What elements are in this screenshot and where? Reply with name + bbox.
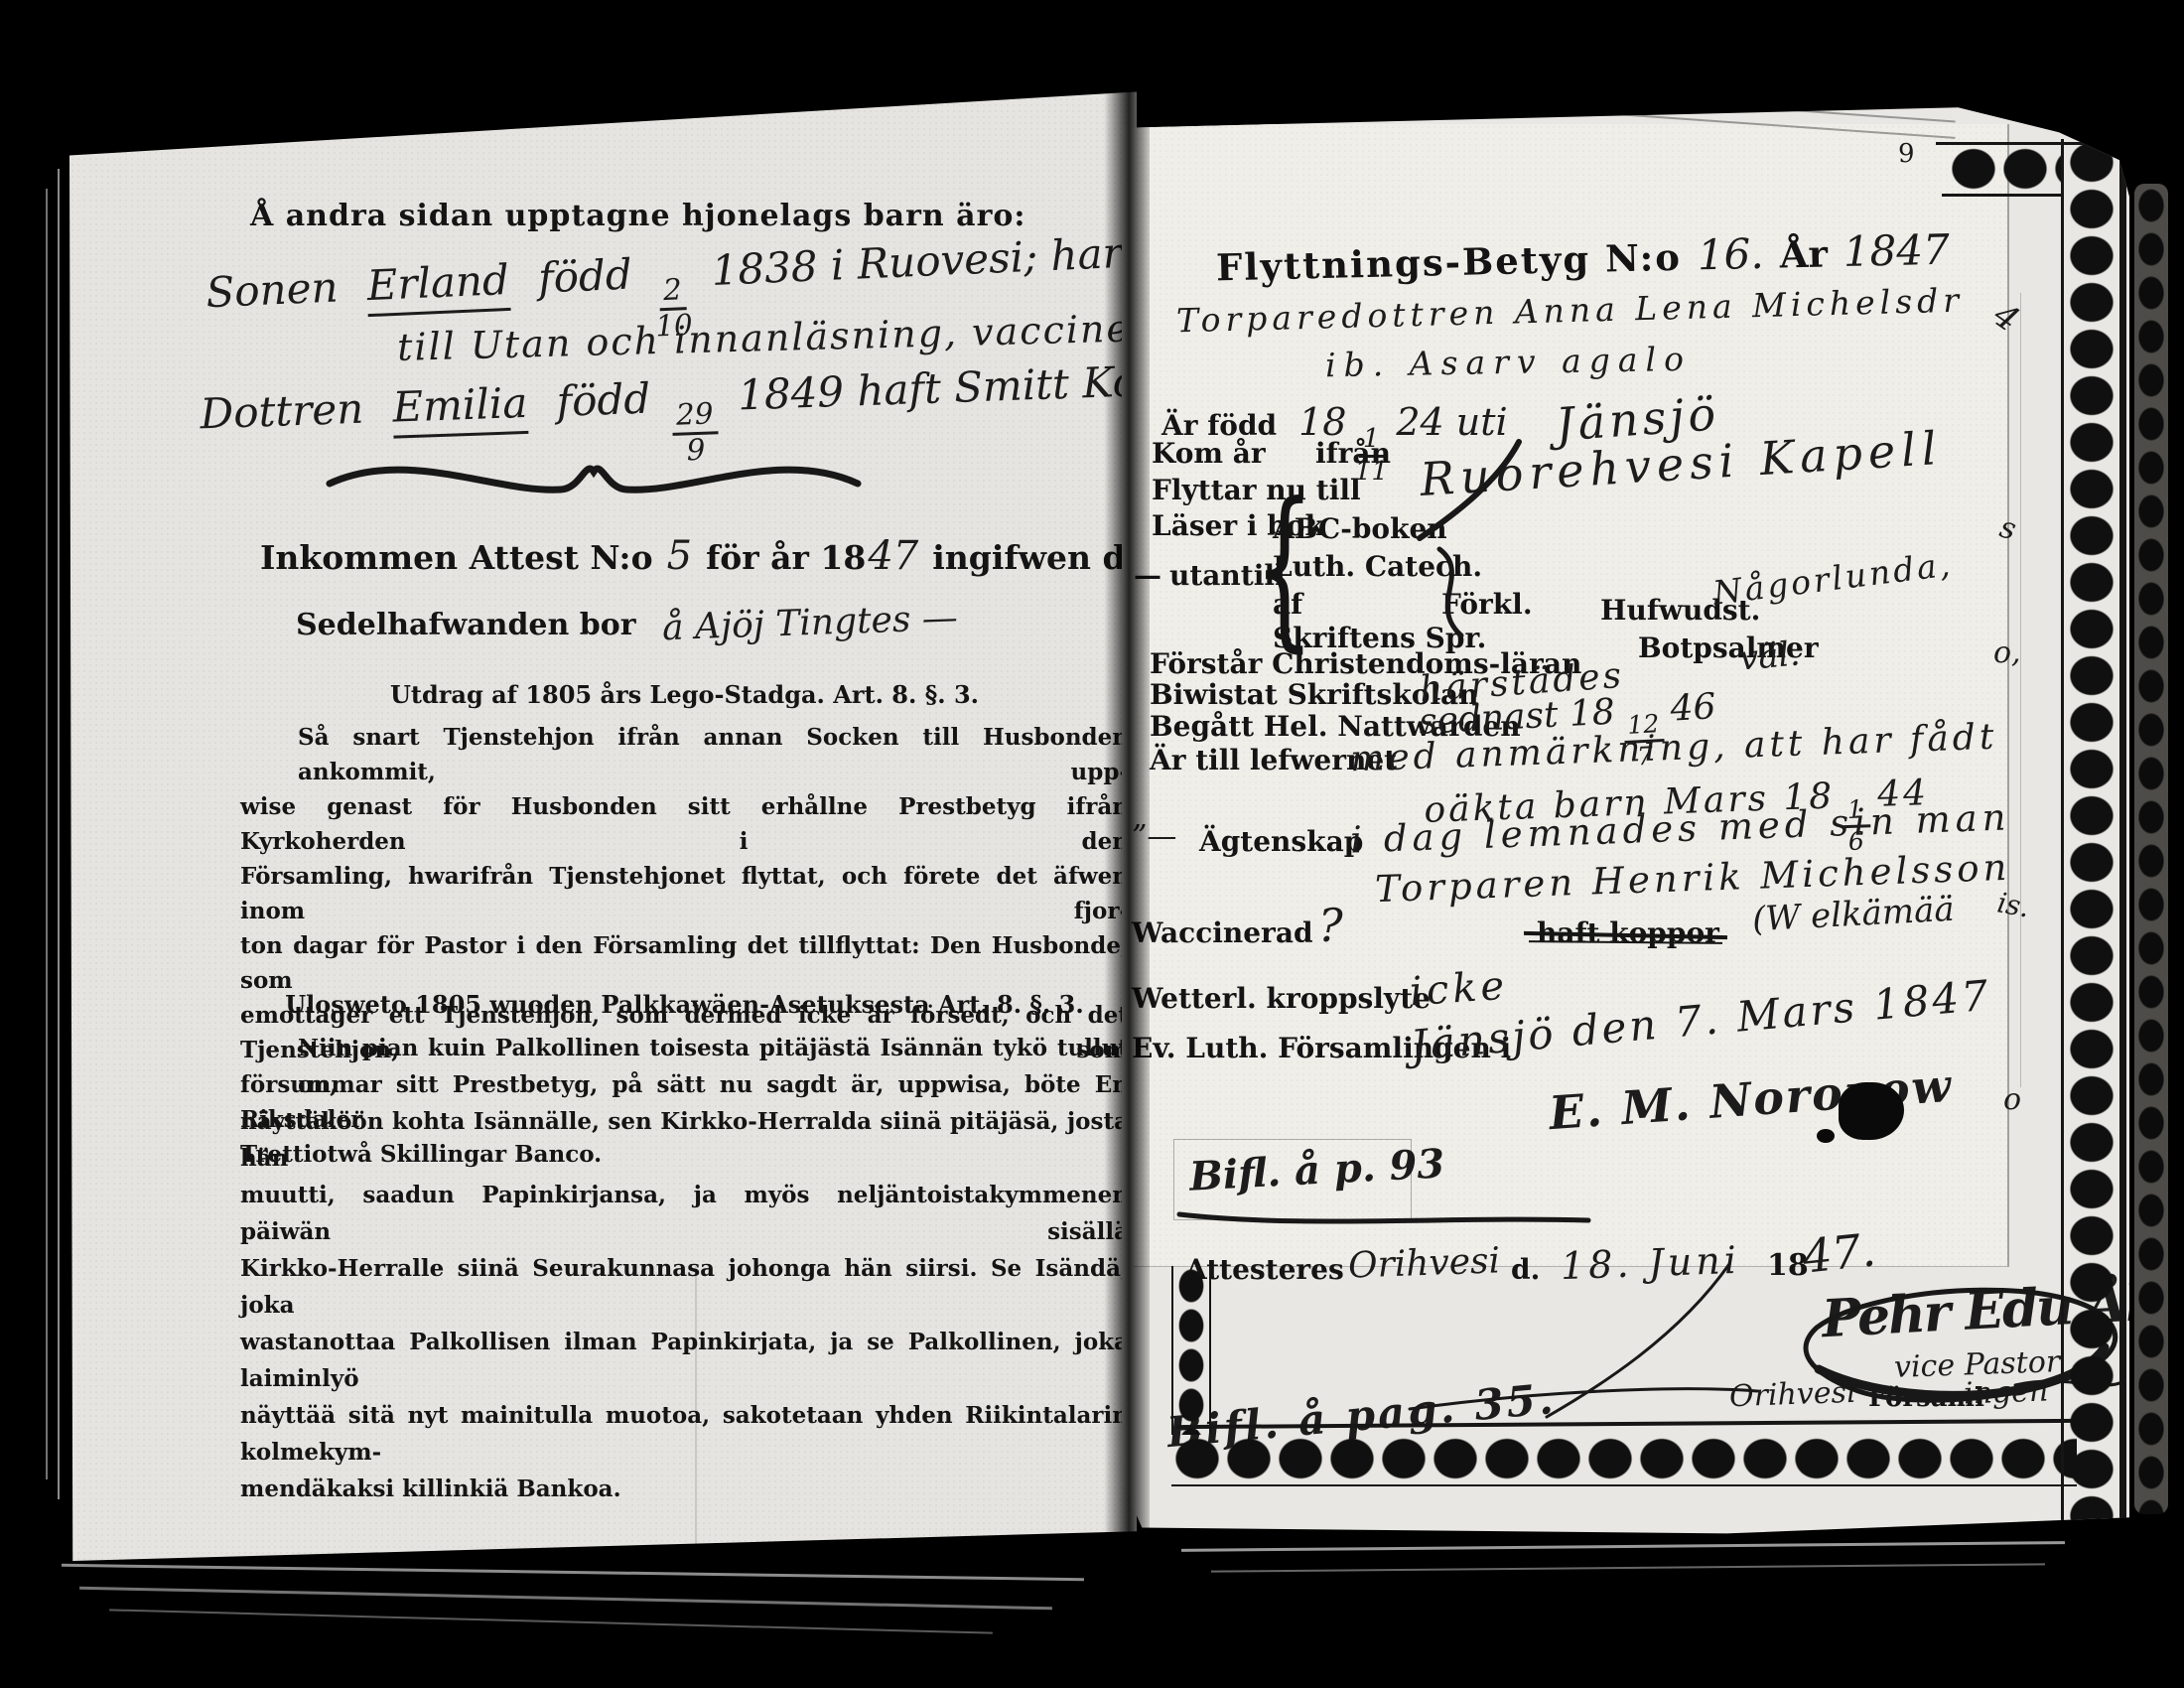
son-prefix: Sonen [205, 262, 339, 317]
finnish-statute-header: Ulosweto 1805 wuoden Palkkawäen-Asetukse… [240, 990, 1129, 1019]
paragraph-line: näyttää sitä nyt mainitulla muotoa, sako… [240, 1397, 1129, 1471]
swedish-statute-header: Utdrag af 1805 års Lego-Stadga. Art. 8. … [240, 680, 1129, 709]
page-stack-edge [46, 189, 48, 1479]
dotter-entry-rest: 1849 haft Smitt Kopp [737, 355, 1137, 420]
dotter-prefix: Dottren [200, 384, 364, 439]
margin-fragment: o [2003, 1082, 2021, 1117]
ink-blot [1817, 1129, 1835, 1143]
form-title-number-hw: 16. [1697, 229, 1764, 280]
form-title-year-label: År [1779, 231, 1828, 276]
waccinerad-value-hw: ? [1318, 899, 1343, 952]
page-stack-edge [1181, 1541, 2065, 1552]
footer-suffix-hw: ingen [1963, 1374, 2048, 1412]
sedel-label: Sedelhafwanden bor [296, 608, 636, 642]
ornament-border-right [2061, 139, 2126, 1549]
paragraph-line: wastanottaa Palkollisen ilman Papinkirja… [240, 1324, 1129, 1397]
wetterl-value-hw: icke [1409, 963, 1510, 1016]
paragraph-line: ton dagar för Pastor i den Församling de… [240, 928, 1129, 998]
finnish-statute-paragraph: Niin pian kuin Palkollinen toisesta pitä… [240, 1030, 1129, 1507]
page-stack-edge [109, 1609, 993, 1633]
agtenskap-label: Ägtenskap [1199, 825, 1363, 858]
ifran-label: ifrån [1315, 437, 1391, 470]
attest-printed-1: Inkommen Attest N:o [260, 538, 653, 577]
book-gutter [1104, 87, 1150, 1552]
attest-date-hw: 18. Juni [1560, 1238, 1740, 1288]
sheet-edge-line [2020, 293, 2021, 1087]
attest-printed-2: för år 18 [706, 538, 866, 577]
ornament-border-bottom [1171, 1433, 2077, 1486]
utantill-item-af: af [1273, 588, 1302, 621]
footer-place-hw: Orihvesi [1728, 1375, 1856, 1414]
attest-year-hw: 47 [868, 533, 918, 579]
attest-d-label: d. [1511, 1253, 1540, 1286]
page-stack-edge [79, 1587, 1052, 1611]
section-heading: Å andra sidan upptagne hjonelags barn är… [250, 199, 1026, 233]
kom-ar-label: Kom år [1152, 437, 1266, 470]
attest-place-hw: Orihvesi [1347, 1240, 1500, 1286]
handwritten-entry-daughter: Dottren Emilia född 29 9 1849 haft Smitt… [200, 355, 1137, 483]
utantill-item-forkl: Förkl. [1441, 588, 1533, 621]
waccinerad-label: Waccinerad [1132, 916, 1313, 949]
utantill-item-catech: Luth. Catech. [1273, 550, 1482, 583]
ornament-border-top [1948, 147, 2061, 191]
frame-rule-top [1936, 142, 2107, 145]
page-crease [208, 84, 1122, 103]
utantill-label: utantill [1169, 559, 1286, 592]
paragraph-line: mendäkaksi killinkiä Bankoa. [240, 1471, 1129, 1507]
paragraph-line: Så snart Tjenstehjon ifrån annan Socken … [240, 720, 1129, 789]
paragraph-line: wise genast för Husbonden sitt erhållne … [240, 789, 1129, 859]
page-number: 9 [1898, 139, 1915, 169]
form-title-year-hw: 1847 [1843, 225, 1950, 276]
sedel-hw: å Ajöj Tingtes — [661, 598, 958, 648]
right-page: 9 Flyttnings-Betyg N:o 16. År 1847 Torpa… [1122, 94, 2129, 1554]
paragraph-line: Församling, hwarifrån Tjenstehjonet flyt… [240, 859, 1129, 928]
margin-fragment: o, [1993, 635, 2021, 670]
margin-fragment: is. [1994, 886, 2031, 923]
attest-line: Inkommen Attest N:o 5 för år 18 47 ingif… [260, 533, 1137, 579]
dotter-birth-date-fraction: 29 9 [672, 399, 720, 465]
left-page: Å andra sidan upptagne hjonelags barn är… [69, 84, 1137, 1564]
person-place-hw: ib. Asarv agalo [1325, 340, 1693, 384]
frame-rule-top-inner [1942, 194, 2061, 197]
attest-number-hw: 5 [667, 533, 692, 579]
ornament-border-left [1171, 1266, 1211, 1435]
attest-year-hw: 47. [1800, 1222, 1877, 1283]
sheet-edge-line [1598, 95, 1955, 122]
page-stack-edge [1211, 1563, 2045, 1572]
dotter-born-label: född [556, 374, 651, 426]
son-name: Erland [366, 255, 510, 317]
form-title-printed: Flyttnings-Betyg N:o [1216, 235, 1683, 290]
paragraph-line: näyttäköön kohta Isännälle, sen Kirkko-H… [240, 1103, 1129, 1177]
wetterl-label: Wetterl. kroppslyte [1132, 982, 1431, 1015]
utantill-grade-hw-2: väl. [1737, 633, 1801, 678]
dotter-name: Emilia [392, 378, 529, 439]
page-stack-edge [62, 1564, 1084, 1581]
page-stack-edge [58, 169, 60, 1499]
utantill-item-abc: ABC-boken [1273, 512, 1447, 545]
paragraph-line: Kirkko-Herralle siinä Seurakunnasa johon… [240, 1250, 1129, 1324]
paragraph-line: muutti, saadun Papinkirjansa, ja myös ne… [240, 1177, 1129, 1250]
book-scan: Å andra sidan upptagne hjonelags barn är… [0, 0, 2184, 1688]
sedel-line: Sedelhafwanden bor å Ajöj Tingtes — [296, 603, 957, 643]
paragraph-line: Niin pian kuin Palkollinen toisesta pitä… [240, 1030, 1129, 1103]
son-born-label: född [537, 250, 633, 303]
adjacent-page-edge [2134, 184, 2168, 1514]
